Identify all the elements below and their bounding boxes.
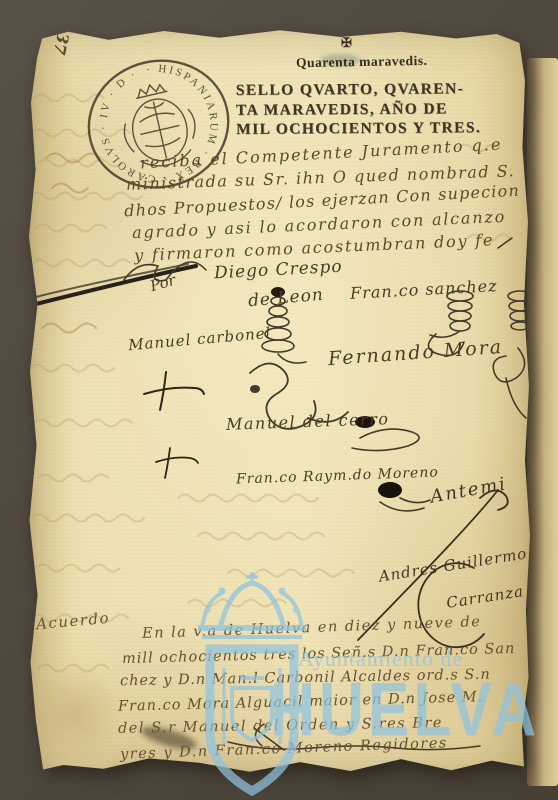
closing-line: Fran.co Mora Alguacil maior en D.n Jose … bbox=[118, 689, 484, 715]
signature-por-label: Por bbox=[148, 271, 178, 295]
signature-manuel-del-cerro: Manuel del cerro bbox=[226, 409, 390, 434]
margin-note-acuerdo: Acuerdo bbox=[35, 609, 110, 633]
seal-line-3: MIL OCHOCIENTOS Y TRES. bbox=[236, 118, 481, 139]
scanned-manuscript-page: 37 · HISPANIARUM · REX · CAROLVS · IV · … bbox=[0, 0, 558, 800]
signature-notary-line2: Carranza bbox=[445, 582, 525, 612]
signature-cross-mark bbox=[156, 448, 198, 478]
closing-line: yres y D.n Fran.co Moreno Regidores bbox=[120, 735, 448, 762]
ante-mi-note: Antemi bbox=[429, 473, 509, 507]
closing-line: chez y D.n Man.l Carbonil Alcaldes ord.s… bbox=[120, 667, 491, 689]
signature-manuel-carbonel: Manuel carbonel bbox=[127, 324, 272, 354]
printed-cross-icon: ✠ bbox=[341, 35, 352, 51]
seal-text-block: SELLO QVARTO, QVAREN- TA MARAVEDIS, AÑO … bbox=[236, 79, 481, 139]
signature-diego-crespo: Diego Crespo bbox=[214, 257, 344, 284]
closing-line: mill ochocientos tres los Señ.s D.n Fran… bbox=[122, 641, 516, 667]
manuscript-paper: 37 · HISPANIARUM · REX · CAROLVS · IV · … bbox=[28, 28, 532, 774]
signature-francisco-moreno: Fran.co Raym.do Moreno bbox=[236, 464, 439, 487]
seal-line-1: SELLO QVARTO, QVAREN- bbox=[236, 79, 481, 100]
signature-notary-line1: Andres Guillermo bbox=[378, 544, 529, 585]
signature-fernando-mora: Fernando Mora bbox=[327, 336, 503, 370]
seal-line-2: TA MARAVEDIS, AÑO DE bbox=[236, 99, 481, 120]
paper-shadow-wrap: 37 · HISPANIARUM · REX · CAROLVS · IV · … bbox=[0, 0, 558, 800]
fee-line: Quarenta maravedis. bbox=[296, 53, 428, 71]
flourish-moreno-blot bbox=[378, 482, 430, 511]
closing-line: del S.r Manuel del Orden y S.res Bre bbox=[118, 715, 443, 737]
flourish-doyfe-slash bbox=[498, 238, 512, 248]
folio-number: 37 bbox=[50, 31, 73, 57]
stain-corner-patch bbox=[28, 664, 123, 769]
stain-ink-dot bbox=[250, 385, 260, 393]
closing-line: En la v.a de Huelva en diez y nueve de bbox=[142, 614, 482, 642]
signature-cross-mark bbox=[144, 372, 204, 410]
signature-francisco-sanchez: Fran.co sanchez bbox=[350, 276, 498, 303]
signature-de-leon: de Leon bbox=[247, 285, 324, 312]
